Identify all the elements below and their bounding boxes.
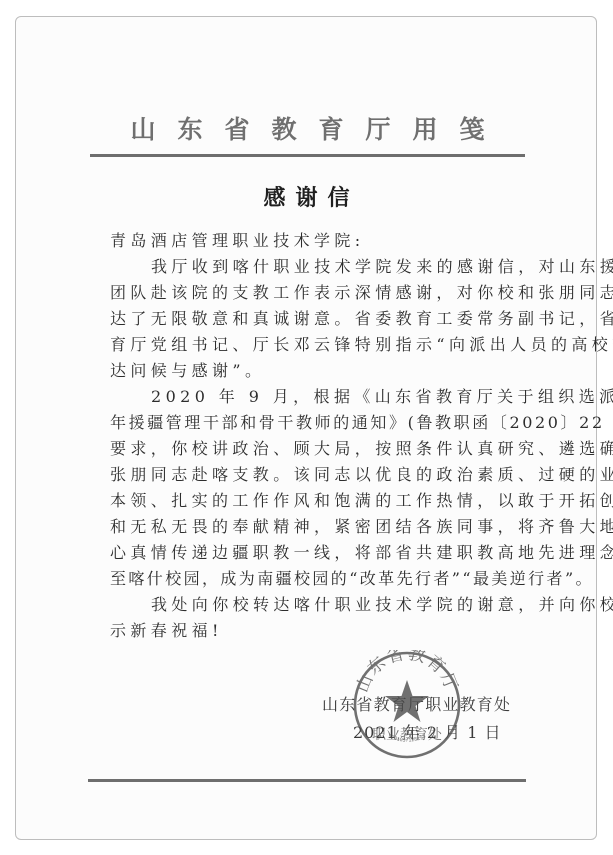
letter-body: 青岛酒店管理职业技术学院: 我厅收到喀什职业技术学院发来的感谢信，对山东援疆 团… [110, 228, 525, 644]
body-line: 示新春祝福! [110, 618, 525, 644]
body-line: 张朋同志赴喀支教。该同志以优良的政治素质、过硬的业务 [110, 462, 525, 488]
body-line: 团队赴该院的支教工作表示深情感谢，对你校和张朋同志表 [110, 280, 525, 306]
body-line: 2020 年 9 月，根据《山东省教育厅关于组织选派 2020 [110, 384, 525, 410]
official-seal-icon: 山东省教育厅 职业教育处 3701037128155 [352, 650, 462, 760]
body-line: 和无私无畏的奉献精神，紧密团结各族同事，将齐鲁大地真 [110, 514, 525, 540]
body-line: 我处向你校转达喀什职业技术学院的谢意，并向你校表 [110, 592, 525, 618]
letterhead-title: 山东省教育厅用笺 [90, 114, 525, 146]
letter-title: 感谢信 [0, 184, 613, 212]
body-line: 心真情传递边疆职教一线，将部省共建职教高地先进理念传 [110, 540, 525, 566]
body-line: 至喀什校园，成为南疆校园的“改革先行者”“最美逆行者”。 [110, 566, 525, 592]
body-line: 达问候与感谢”。 [110, 358, 525, 384]
body-line: 要求，你校讲政治、顾大局，按照条件认真研究、遴选确定 [110, 436, 525, 462]
salutation: 青岛酒店管理职业技术学院: [110, 228, 525, 254]
body-line: 达了无限敬意和真诚谢意。省委教育工委常务副书记，省教 [110, 306, 525, 332]
body-line: 本领、扎实的工作作风和饱满的工作热情，以敢于开拓创新 [110, 488, 525, 514]
footer-rule [88, 779, 526, 782]
body-line: 年援疆管理干部和骨干教师的通知》(鲁教职函〔2020〕22 号) [110, 410, 525, 436]
body-line: 育厅党组书记、厅长邓云锋特别指示“向派出人员的高校转 [110, 332, 525, 358]
letterhead-rule [90, 154, 525, 157]
body-line: 我厅收到喀什职业技术学院发来的感谢信，对山东援疆 [110, 254, 525, 280]
